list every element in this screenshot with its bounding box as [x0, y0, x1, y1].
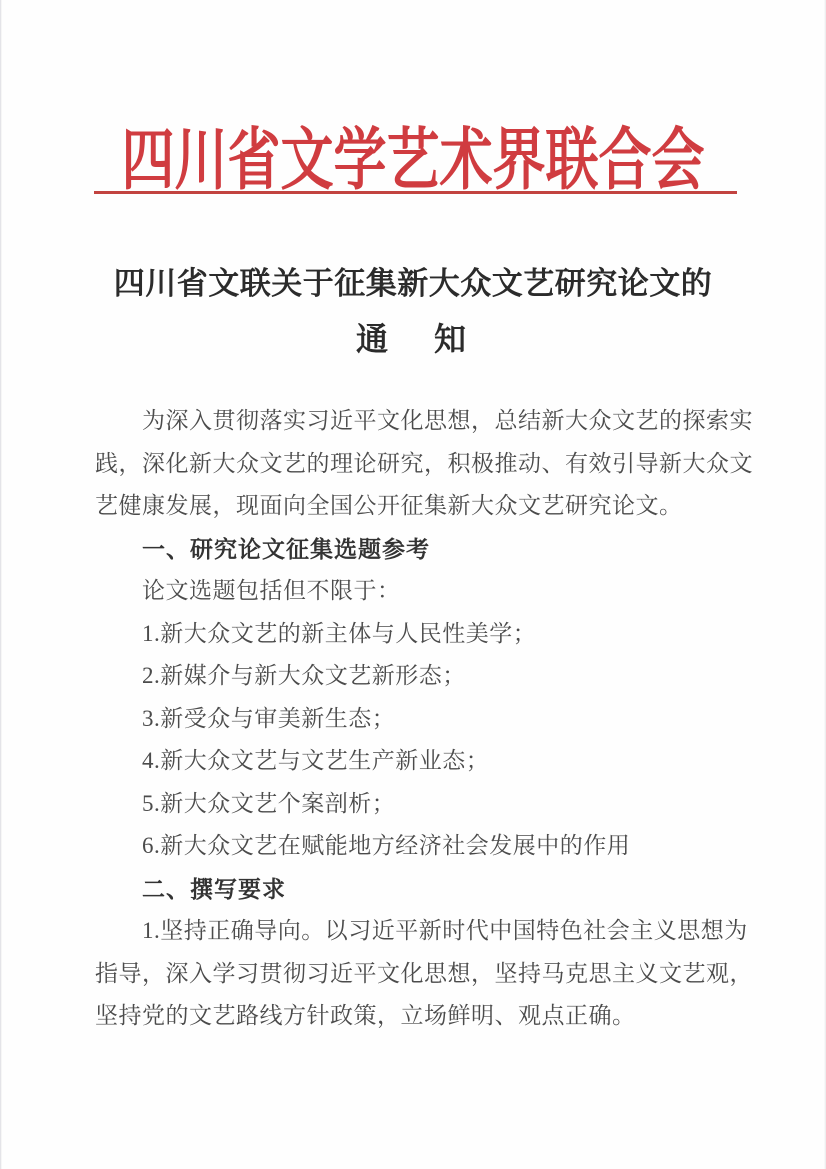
list-item-2: 2.新媒介与新大众文艺新形态； — [95, 655, 739, 698]
list-item-4: 4.新大众文艺与文艺生产新业态； — [95, 740, 739, 783]
body-line: 1.坚持正确导向。以习近平新时代中国特色社会主义思想为 — [95, 910, 739, 953]
list-item-3: 3.新受众与审美新生态； — [95, 698, 739, 741]
list-item-1: 1.新大众文艺的新主体与人民性美学； — [95, 613, 739, 656]
document-title-line1: 四川省文联关于征集新大众文艺研究论文的 — [0, 258, 826, 303]
body-line: 艺健康发展，现面向全国公开征集新大众文艺研究论文。 — [95, 485, 739, 528]
list-item-5: 5.新大众文艺个案剖析； — [95, 783, 739, 826]
body-line: 践，深化新大众文艺的理论研究，积极推动、有效引导新大众文 — [95, 443, 739, 486]
section-heading-2: 二、撰写要求 — [95, 868, 739, 911]
list-item-6: 6.新大众文艺在赋能地方经济社会发展中的作用 — [95, 825, 739, 868]
document-title-line2: 通 知 — [0, 314, 826, 360]
letterhead-org-title: 四川省文学艺术界联合会 — [0, 106, 826, 203]
scanned-document-page: 四川省文学艺术界联合会 四川省文联关于征集新大众文艺研究论文的 通 知 为深入贯… — [0, 0, 826, 1169]
document-body: 为深入贯彻落实习近平文化思想，总结新大众文艺的探索实 践，深化新大众文艺的理论研… — [95, 400, 739, 1038]
body-line: 论文选题包括但不限于： — [95, 570, 739, 613]
body-line: 指导，深入学习贯彻习近平文化思想，坚持马克思主义文艺观， — [95, 953, 739, 996]
letterhead-red-divider — [94, 191, 737, 194]
section-heading-1: 一、研究论文征集选题参考 — [95, 528, 739, 571]
body-line: 坚持党的文艺路线方针政策，立场鲜明、观点正确。 — [95, 995, 739, 1038]
body-line: 为深入贯彻落实习近平文化思想，总结新大众文艺的探索实 — [95, 400, 739, 443]
